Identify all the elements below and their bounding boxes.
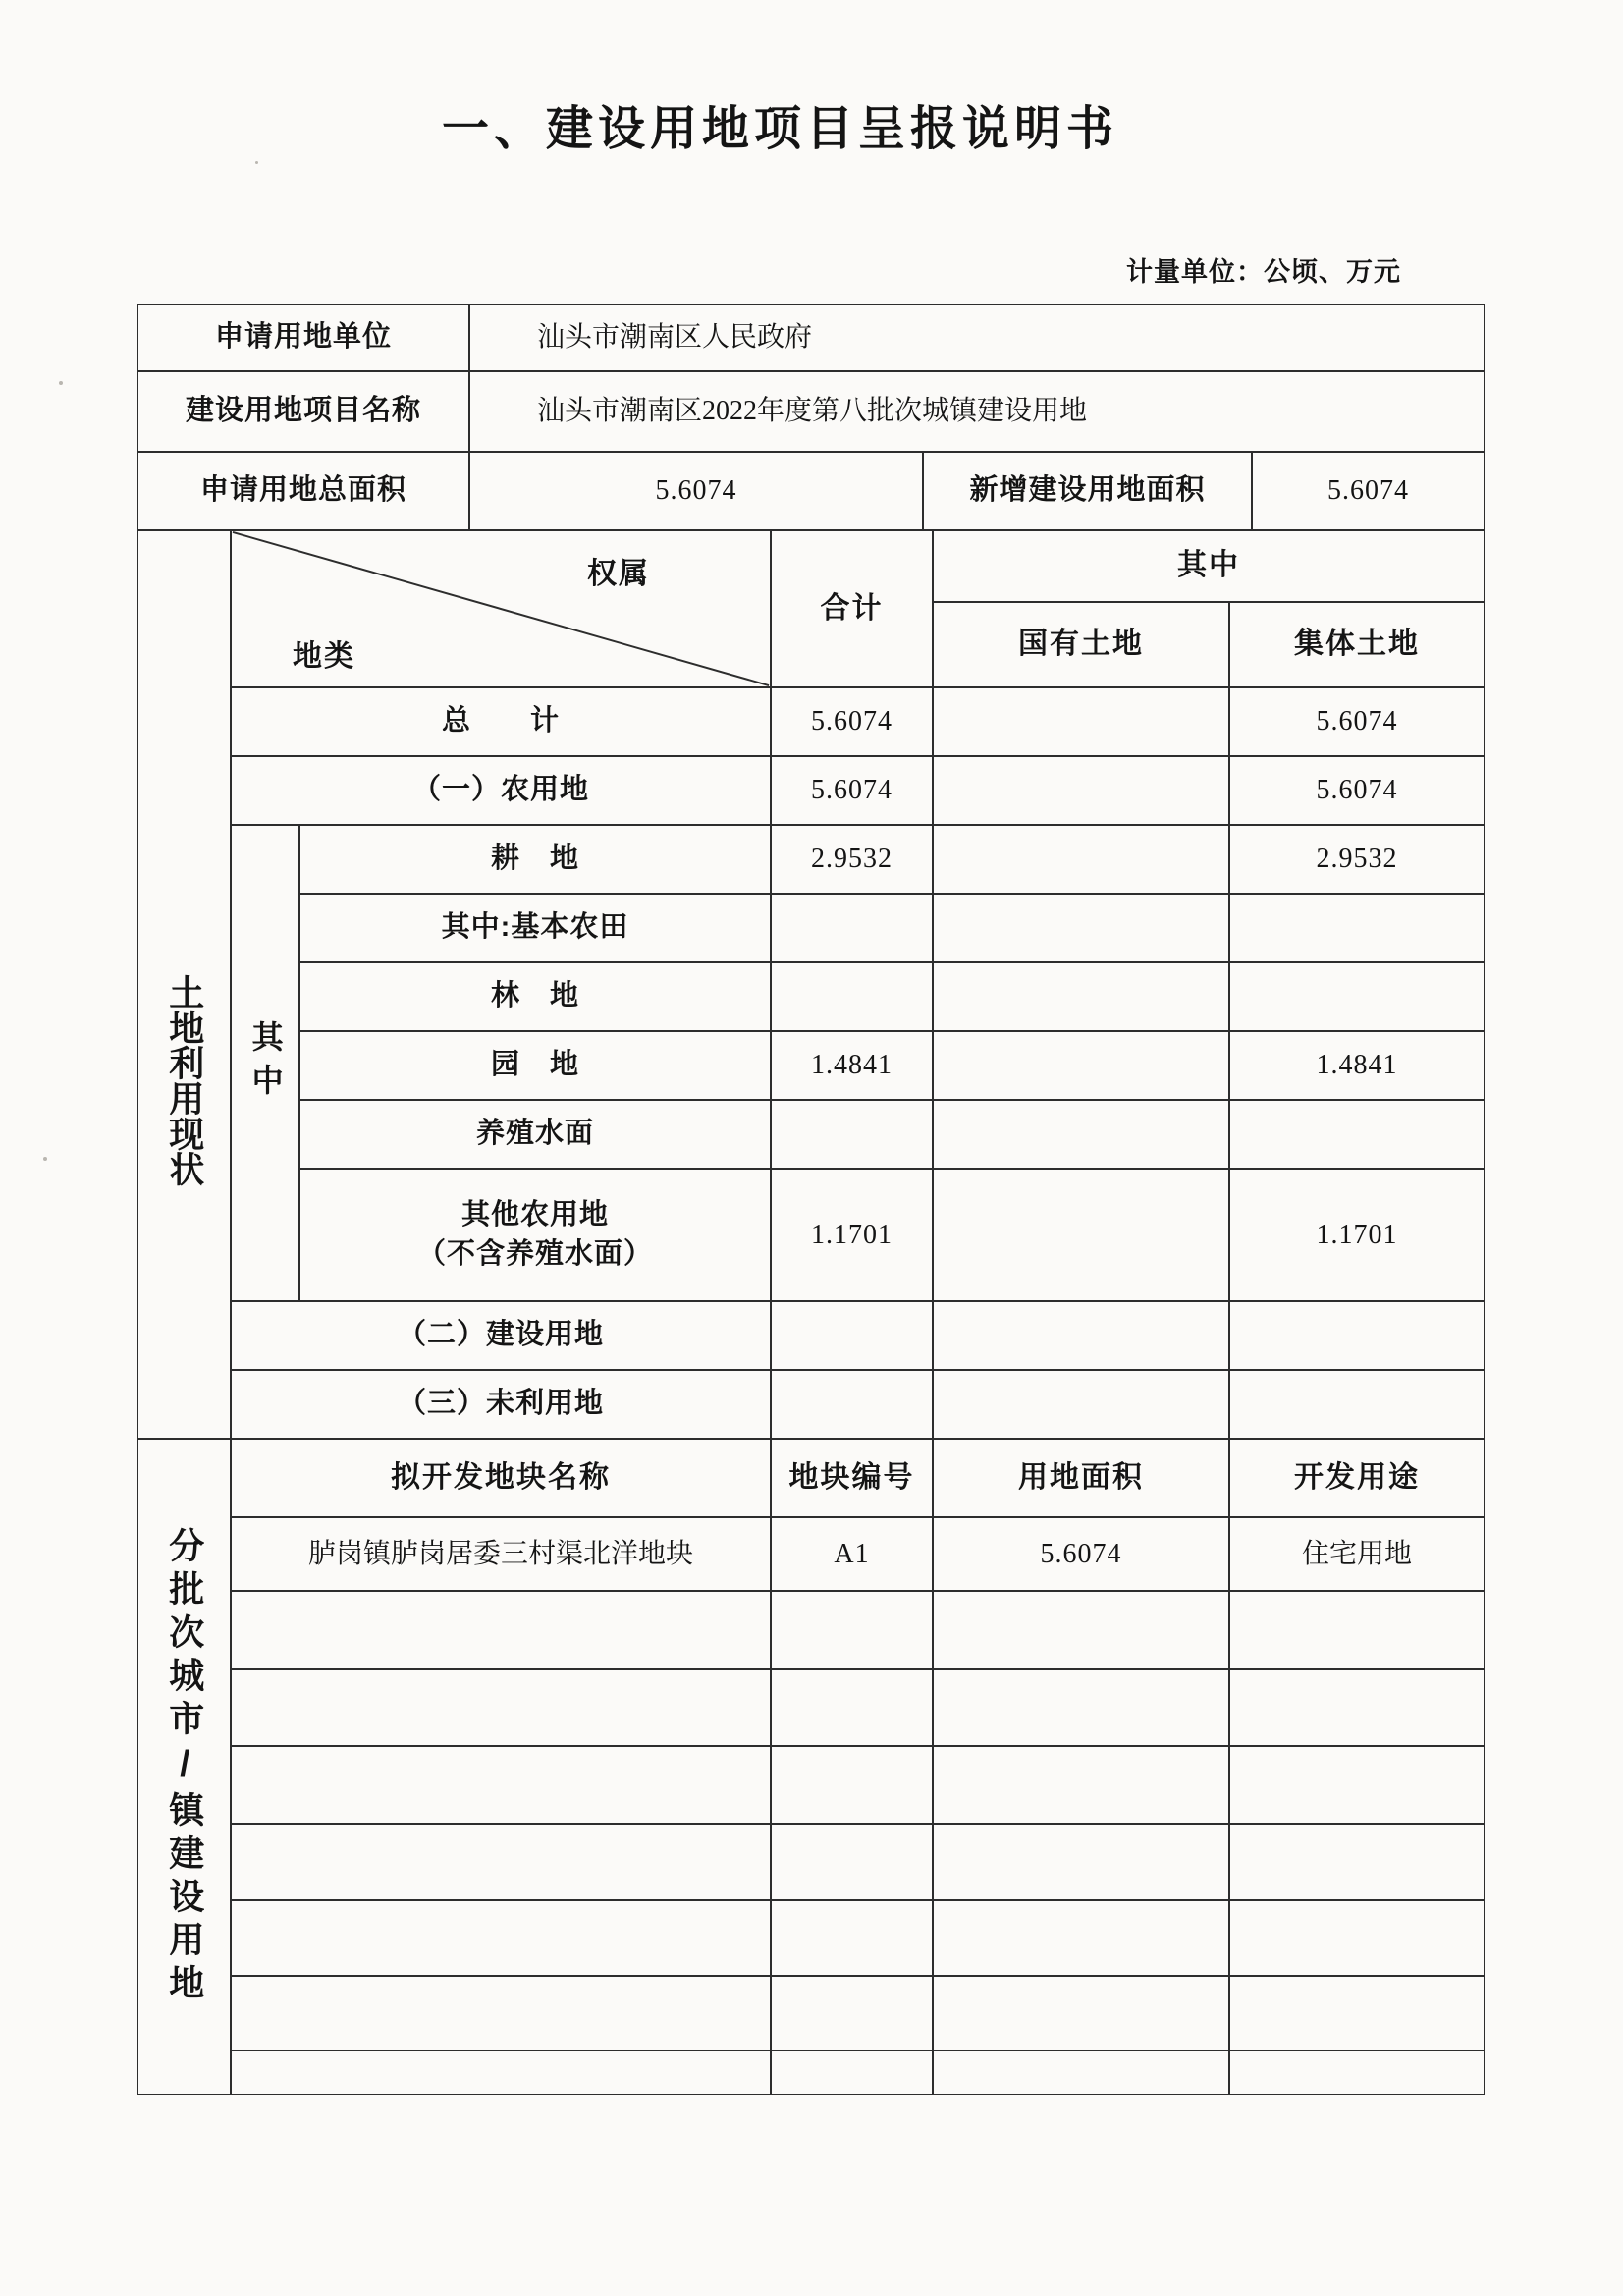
scan-speck (59, 381, 63, 385)
landuse-row-name: 总 计 (231, 687, 771, 756)
report-table: 申请用地单位 汕头市潮南区人民政府 建设用地项目名称 汕头市潮南区2022年度第… (137, 304, 1485, 2095)
landuse-row-total: 2.9532 (771, 825, 933, 894)
batch-empty-cell (231, 1824, 771, 1900)
scan-speck (255, 161, 258, 164)
batch-header-development-use: 开发用途 (1229, 1439, 1485, 1517)
landuse-row-collective: 1.1701 (1229, 1169, 1485, 1301)
landuse-row-state (933, 825, 1229, 894)
batch-empty-cell (771, 1976, 933, 2050)
landuse-row-total (771, 1301, 933, 1370)
diagonal-header-cell: 权属 地类 (231, 530, 771, 687)
scanned-document-page: 一、建设用地项目呈报说明书 计量单位：公顷、万元 申请用地单位 汕头市潮南区人民… (0, 0, 1623, 2296)
batch-empty-cell (771, 1669, 933, 1746)
batch-empty-cell (1229, 1976, 1485, 2050)
total-area-value: 5.6074 (469, 452, 923, 530)
landuse-row-total: 5.6074 (771, 687, 933, 756)
landuse-row-collective (1229, 1370, 1485, 1439)
batch-empty-cell (231, 1669, 771, 1746)
landuse-row-total (771, 1100, 933, 1169)
landuse-row-name: 林 地 (299, 962, 771, 1031)
batch-parcel-code: A1 (771, 1517, 933, 1591)
landuse-row-state (933, 962, 1229, 1031)
landuse-row-collective (1229, 962, 1485, 1031)
landuse-row-collective: 5.6074 (1229, 687, 1485, 756)
landuse-row-state (933, 1301, 1229, 1370)
landuse-row-collective (1229, 1301, 1485, 1370)
batch-empty-cell (1229, 1746, 1485, 1824)
batch-land-area: 5.6074 (933, 1517, 1229, 1591)
batch-empty-cell (1229, 1824, 1485, 1900)
batch-empty-cell (933, 1824, 1229, 1900)
landuse-row-collective: 1.4841 (1229, 1031, 1485, 1100)
landuse-row-state (933, 756, 1229, 825)
new-construction-area-value: 5.6074 (1252, 452, 1485, 530)
batch-header-land-area: 用地面积 (933, 1439, 1229, 1517)
landuse-row-state (933, 1031, 1229, 1100)
landuse-row-state (933, 1370, 1229, 1439)
batch-empty-cell (1229, 2050, 1485, 2095)
landuse-row-name: 园 地 (299, 1031, 771, 1100)
col-header-among: 其中 (933, 530, 1485, 602)
batch-empty-cell (1229, 1591, 1485, 1669)
batch-empty-cell (933, 1900, 1229, 1976)
batch-empty-cell (1229, 1900, 1485, 1976)
landuse-row-name: 养殖水面 (299, 1100, 771, 1169)
batch-empty-cell (771, 1900, 933, 1976)
batch-empty-cell (1229, 1669, 1485, 1746)
new-construction-area-label: 新增建设用地面积 (923, 452, 1252, 530)
landuse-row-total: 1.1701 (771, 1169, 933, 1301)
landuse-row-state (933, 1100, 1229, 1169)
landuse-row-total (771, 894, 933, 962)
batch-empty-cell (231, 1900, 771, 1976)
landuse-row-name: （三）未利用地 (231, 1370, 771, 1439)
batch-empty-cell (933, 1746, 1229, 1824)
batch-empty-cell (933, 1669, 1229, 1746)
batch-development-use: 住宅用地 (1229, 1517, 1485, 1591)
batch-empty-cell (933, 1591, 1229, 1669)
landuse-row-name: 其中:基本农田 (299, 894, 771, 962)
batch-header-parcel-code: 地块编号 (771, 1439, 933, 1517)
landuse-row-state (933, 1169, 1229, 1301)
batch-section-label: 分批次城市/镇建设用地 (137, 1439, 231, 2095)
applicant-label: 申请用地单位 (137, 304, 469, 371)
project-name-value: 汕头市潮南区2022年度第八批次城镇建设用地 (469, 371, 1485, 452)
landuse-row-collective: 2.9532 (1229, 825, 1485, 894)
landuse-row-total (771, 962, 933, 1031)
landuse-row-name: （一）农用地 (231, 756, 771, 825)
landuse-row-total: 1.4841 (771, 1031, 933, 1100)
landuse-row-collective (1229, 1100, 1485, 1169)
among-vertical-label: 其中 (231, 825, 299, 1301)
landuse-section-label: 土地利用现状 (137, 530, 231, 1439)
landuse-row-name: （二）建设用地 (231, 1301, 771, 1370)
scan-speck (43, 1157, 47, 1161)
landuse-row-state (933, 894, 1229, 962)
batch-empty-cell (771, 1591, 933, 1669)
diagonal-landtype-label: 地类 (293, 637, 355, 678)
batch-empty-cell (231, 1976, 771, 2050)
batch-empty-cell (231, 1591, 771, 1669)
col-header-collective-land: 集体土地 (1229, 602, 1485, 687)
batch-parcel-name: 胪岗镇胪岗居委三村渠北洋地块 (231, 1517, 771, 1591)
landuse-row-total (771, 1370, 933, 1439)
col-header-total: 合计 (771, 530, 933, 687)
landuse-row-name: 其他农用地 （不含养殖水面） (299, 1169, 771, 1301)
landuse-row-collective (1229, 894, 1485, 962)
landuse-row-collective: 5.6074 (1229, 756, 1485, 825)
batch-empty-cell (933, 2050, 1229, 2095)
batch-empty-cell (231, 1746, 771, 1824)
batch-empty-cell (231, 2050, 771, 2095)
batch-empty-cell (771, 1824, 933, 1900)
diagonal-ownership-label: 权属 (587, 555, 650, 595)
batch-empty-cell (933, 1976, 1229, 2050)
landuse-row-total: 5.6074 (771, 756, 933, 825)
batch-empty-cell (771, 2050, 933, 2095)
page-title: 一、建设用地项目呈报说明书 (0, 90, 1592, 158)
col-header-state-land: 国有土地 (933, 602, 1229, 687)
landuse-row-name: 耕 地 (299, 825, 771, 894)
total-area-label: 申请用地总面积 (137, 452, 469, 530)
batch-header-parcel-name: 拟开发地块名称 (231, 1439, 771, 1517)
project-name-label: 建设用地项目名称 (137, 371, 469, 452)
applicant-value: 汕头市潮南区人民政府 (469, 304, 1485, 371)
measurement-unit-note: 计量单位：公顷、万元 (1126, 250, 1401, 289)
landuse-row-state (933, 687, 1229, 756)
batch-empty-cell (771, 1746, 933, 1824)
